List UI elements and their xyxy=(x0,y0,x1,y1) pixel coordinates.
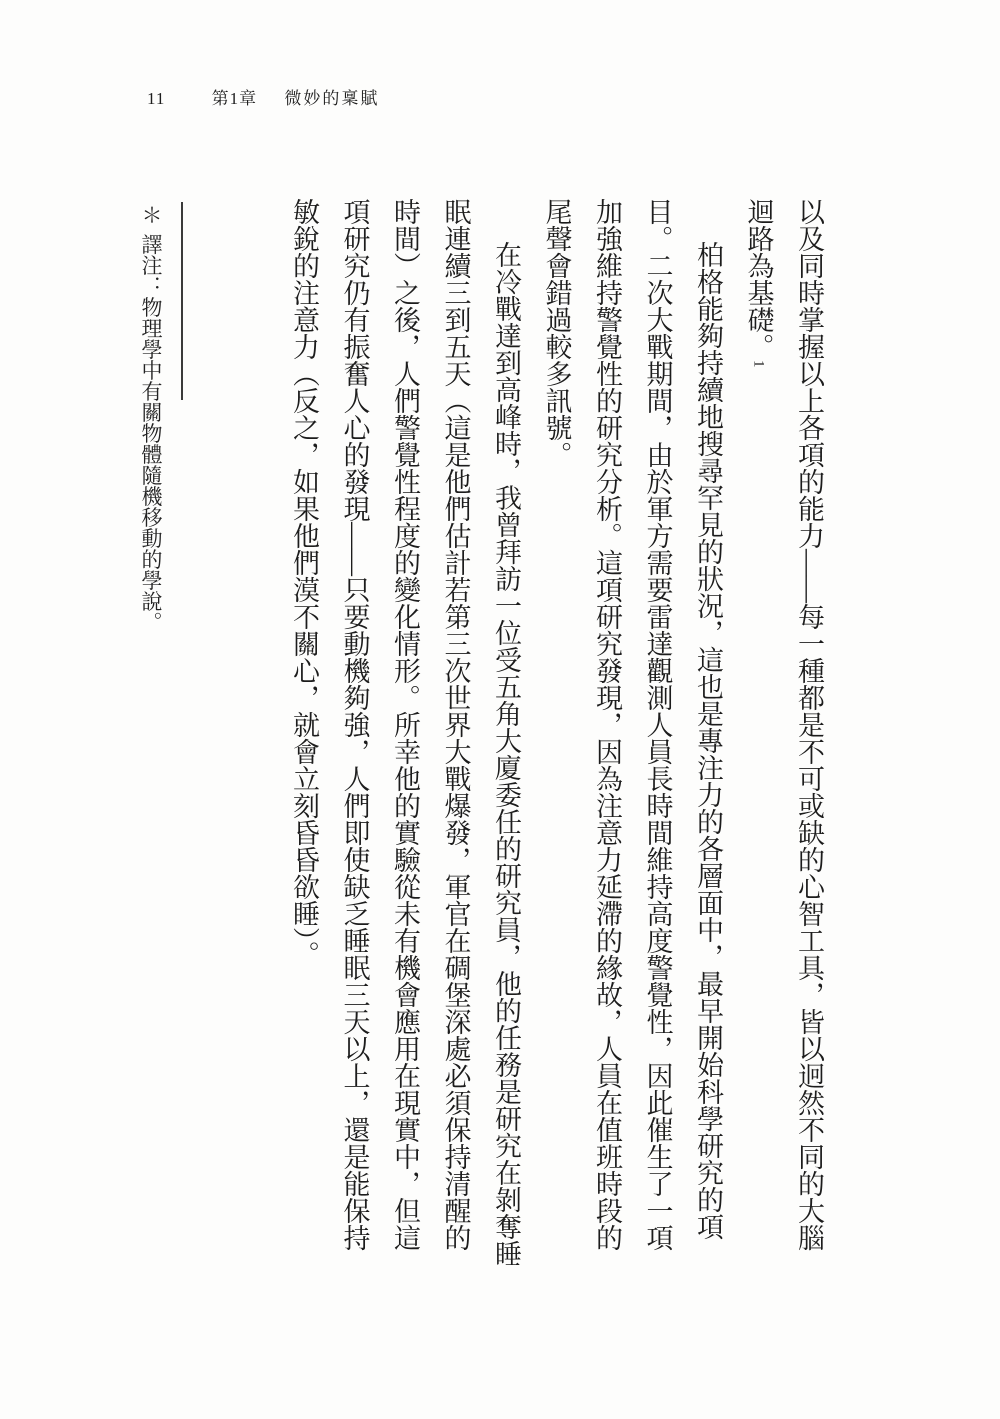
paragraph-1: 以及同時掌握以上各項的能力——每一種都是不可或缺的心智工具，皆以迥然不同的大腦迴… xyxy=(733,198,834,1268)
page-number: 11 xyxy=(147,89,165,108)
chapter-title: 微妙的稟賦 xyxy=(284,89,379,108)
footnote-reference-number: 1 xyxy=(751,360,767,368)
translator-footnote: ＊譯注：物理學中有關物體隨機移動的學說。 xyxy=(136,204,165,844)
running-head: 11 第1章 微妙的稟賦 xyxy=(147,84,379,109)
paragraph-3: 在冷戰達到高峰時，我曾拜訪一位受五角大廈委任的研究員，他的任務是研究在剝奪睡眠連… xyxy=(279,198,532,1268)
footnote-asterisk-marker: ＊ xyxy=(139,204,163,225)
footnote-text: 譯注：物理學中有關物體隨機移動的學說。 xyxy=(139,233,163,632)
chapter-label: 第1章 xyxy=(212,89,258,108)
footnote-separator-rule xyxy=(181,202,183,400)
main-text-block: 以及同時掌握以上各項的能力——每一種都是不可或缺的心智工具，皆以迥然不同的大腦迴… xyxy=(277,198,834,1268)
paragraph-2: 柏格能夠持續地搜尋罕見的狀況，這也是專注力的各層面中，最早開始科學研究的項目。二… xyxy=(531,198,733,1268)
book-page: 11 第1章 微妙的稟賦 以及同時掌握以上各項的能力——每一種都是不可或缺的心智… xyxy=(0,0,1000,1419)
paragraph-1-text: 以及同時掌握以上各項的能力——每一種都是不可或缺的心智工具，皆以迥然不同的大腦迴… xyxy=(744,198,825,1251)
